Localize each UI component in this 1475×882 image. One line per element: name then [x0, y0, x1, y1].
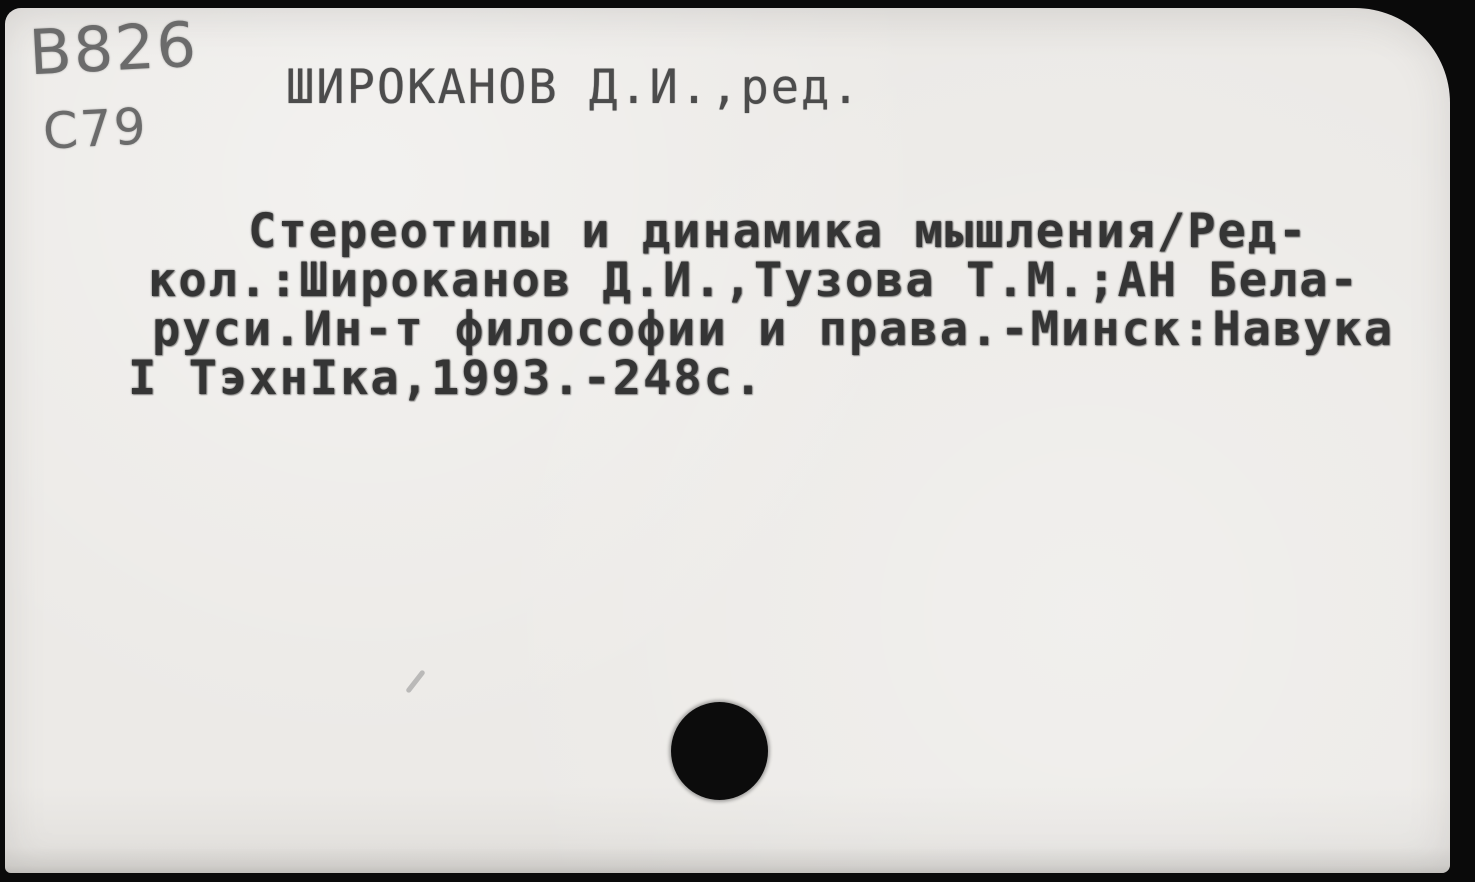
card-bottom-edge-shading — [5, 847, 1450, 873]
author-heading: ШИРОКАНОВ Д.И.,ред. — [286, 60, 862, 115]
bibliographic-entry: Стереотипы и динамика мышления/Ред- кол.… — [5, 204, 1450, 424]
pencil-stroke-mark — [405, 669, 426, 693]
call-number-bottom: С79 — [42, 97, 149, 160]
bibliographic-line-1: Стереотипы и динамика мышления/Ред- — [248, 204, 1308, 259]
bibliographic-line-2: кол.:Широканов Д.И.,Тузова Т.М.;АН Бела- — [148, 253, 1360, 308]
call-number-top: В826 — [27, 8, 199, 90]
bibliographic-line-3: руси.Ин-т философии и права.-Минск:Навук… — [152, 302, 1394, 357]
catalog-card: В826 С79 ШИРОКАНОВ Д.И.,ред. Стереотипы … — [5, 8, 1450, 873]
scanned-card-image: В826 С79 ШИРОКАНОВ Д.И.,ред. Стереотипы … — [0, 0, 1475, 882]
hole-punch-mark — [671, 702, 768, 800]
bibliographic-line-4: І ТэхнІка,1993.-248с. — [128, 351, 764, 406]
